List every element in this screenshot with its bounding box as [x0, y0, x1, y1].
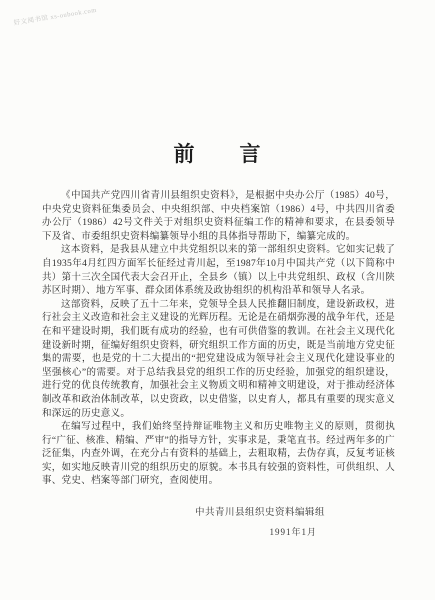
publication-date: 1991年1月: [42, 525, 395, 538]
paragraph-1: 《中国共产党四川省青川县组织史资料》，是根据中央办公厅（1985）40号，中央党…: [42, 190, 395, 244]
document-page: 好文阅书馆 xs-oubook.com 前 言 《中国共产党四川省青川县组织史资…: [0, 0, 435, 600]
editorial-group-signature: 中共青川县组织史资料编辑组: [42, 504, 395, 518]
signature-block: 中共青川县组织史资料编辑组 1991年1月: [0, 504, 435, 538]
preface-body: 《中国共产党四川省青川县组织史资料》，是根据中央办公厅（1985）40号，中央党…: [0, 168, 435, 489]
paragraph-4: 在编写过程中，我们始终坚持辩证唯物主义和历史唯物主义的原则，贯彻执行“广征、核准…: [42, 421, 395, 489]
page-title: 前 言: [0, 0, 435, 168]
paragraph-2: 这本资料，是我县从建立中共党组织以来的第一部组织史资料。它如实记载了自1935年…: [42, 244, 395, 298]
paragraph-3: 这部资料，反映了五十二年来，党领导全县人民推翻旧制度，建设新政权，进行社会主义改…: [42, 299, 395, 421]
